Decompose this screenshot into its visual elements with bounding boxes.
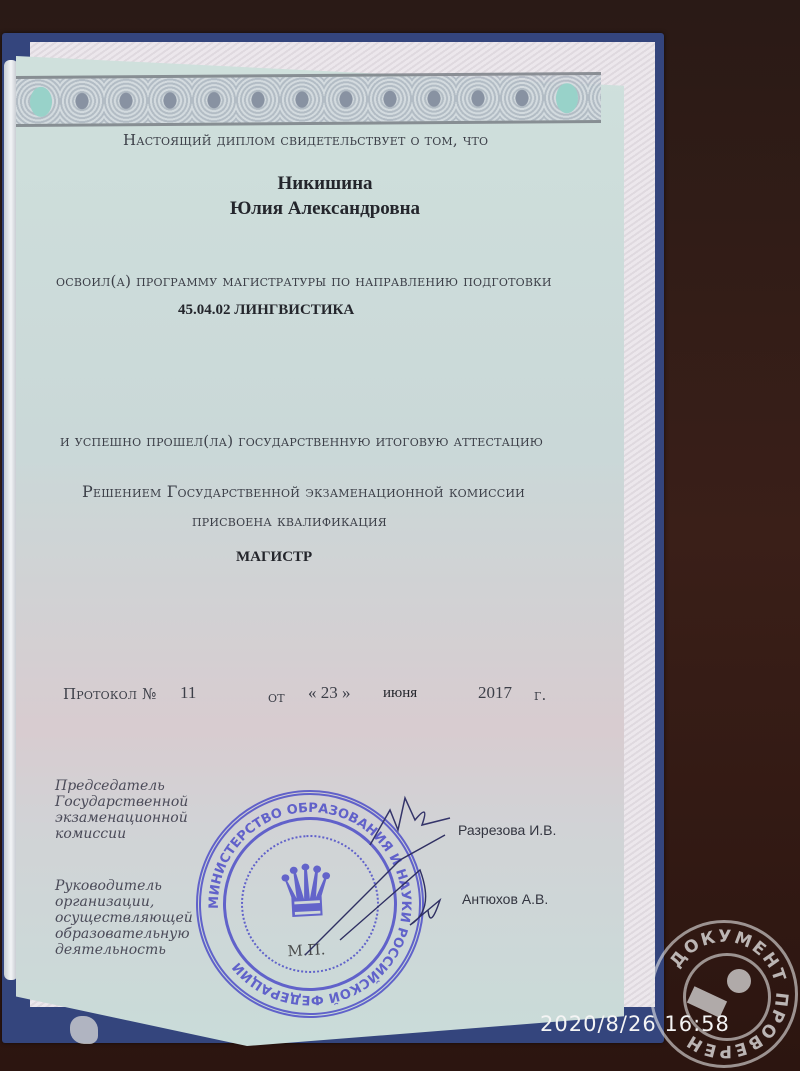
- svg-text:ДОКУМЕНТ ПРОВЕРЕН: ДОКУМЕНТ ПРОВЕРЕН: [666, 927, 791, 1061]
- commission-line: Решением Государственной экзаменационной…: [82, 482, 525, 501]
- protocol-year: 2017: [478, 683, 512, 703]
- ornament-gem-icon: [30, 87, 52, 117]
- qualification: МАГИСТР: [236, 549, 312, 566]
- badge-text-ring: ДОКУМЕНТ ПРОВЕРЕН: [653, 923, 795, 1065]
- attestation-line: и успешно прошел(ла) государственную ито…: [60, 432, 543, 450]
- rector-name: Антюхов А.В.: [462, 891, 548, 907]
- program-line: освоил(а) программу магистратуры по напр…: [56, 272, 552, 290]
- protocol-number: 11: [180, 683, 196, 703]
- protocol-year-suffix: г.: [534, 686, 546, 704]
- chairman-name: Разрезова И.В.: [458, 822, 556, 838]
- bookmark-ribbon: [70, 1016, 98, 1044]
- rector-signature: [300, 830, 450, 960]
- protocol-month: июня: [383, 685, 417, 702]
- protocol-label: Протокол №: [63, 685, 157, 703]
- guilloche-ornament: [16, 72, 601, 127]
- photo-timestamp: 2020/8/26 16:58: [540, 1012, 730, 1036]
- document-verified-badge: ДОКУМЕНТ ПРОВЕРЕН: [650, 920, 798, 1068]
- assigned-line: присвоена квалификация: [192, 511, 387, 530]
- protocol-from-label: от: [268, 688, 285, 706]
- ornament-gem-icon: [556, 83, 578, 113]
- given-names: Юлия Александровна: [180, 198, 470, 220]
- diploma-spine: [4, 60, 18, 980]
- surname: Никишина: [240, 173, 410, 195]
- protocol-day: « 23 »: [308, 683, 351, 703]
- intro-text: Настоящий диплом свидетельствует о том, …: [123, 131, 488, 149]
- program-code: 45.04.02 ЛИНГВИСТИКА: [178, 302, 354, 319]
